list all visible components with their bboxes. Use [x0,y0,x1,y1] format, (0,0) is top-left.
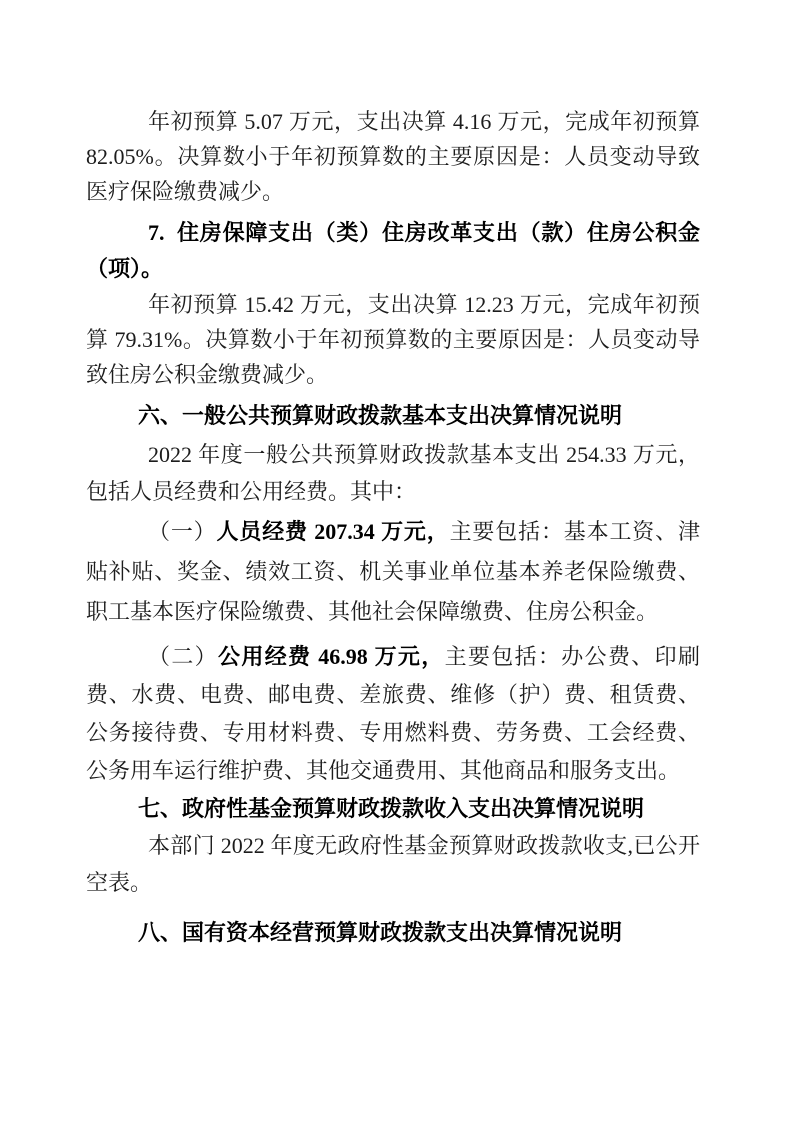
heading-section-eight: 八、国有资本经营预算财政拨款支出决算情况说明 [86,915,700,951]
public-lead-label: （二） [148,644,218,669]
personnel-lead-label: （一） [148,519,217,544]
heading-section-six: 六、一般公共预算财政拨款基本支出决算情况说明 [86,398,700,434]
document-page: 年初预算 5.07 万元，支出决算 4.16 万元，完成年初预算 82.05%。… [0,0,793,1122]
paragraph-medical-insurance: 年初预算 5.07 万元，支出决算 4.16 万元，完成年初预算 82.05%。… [86,104,700,209]
heading-section-seven: 七、政府性基金预算财政拨款收入支出决算情况说明 [86,791,700,827]
document-text-block: 年初预算 5.07 万元，支出决算 4.16 万元，完成年初预算 82.05%。… [86,104,700,951]
public-amount-bold: 公用经费 46.98 万元， [218,644,445,669]
paragraph-government-fund: 本部门 2022 年度无政府性基金预算财政拨款收支,已公开空表。 [86,827,700,901]
paragraph-public-expenses: （二）公用经费 46.98 万元，主要包括：办公费、印刷费、水费、电费、邮电费、… [86,638,700,790]
paragraph-housing-fund: 年初预算 15.42 万元，支出决算 12.23 万元，完成年初预算 79.31… [86,287,700,392]
paragraph-basic-expenditure-overview: 2022 年度一般公共预算财政拨款基本支出 254.33 万元，包括人员经费和公… [86,436,700,510]
heading-item-7-housing: 7. 住房保障支出（类）住房改革支出（款）住房公积金（项）。 [86,215,700,287]
personnel-amount-bold: 人员经费 207.34 万元， [217,519,450,544]
paragraph-personnel-expenses: （一）人员经费 207.34 万元，主要包括：基本工资、津贴补贴、奖金、绩效工资… [86,512,700,632]
